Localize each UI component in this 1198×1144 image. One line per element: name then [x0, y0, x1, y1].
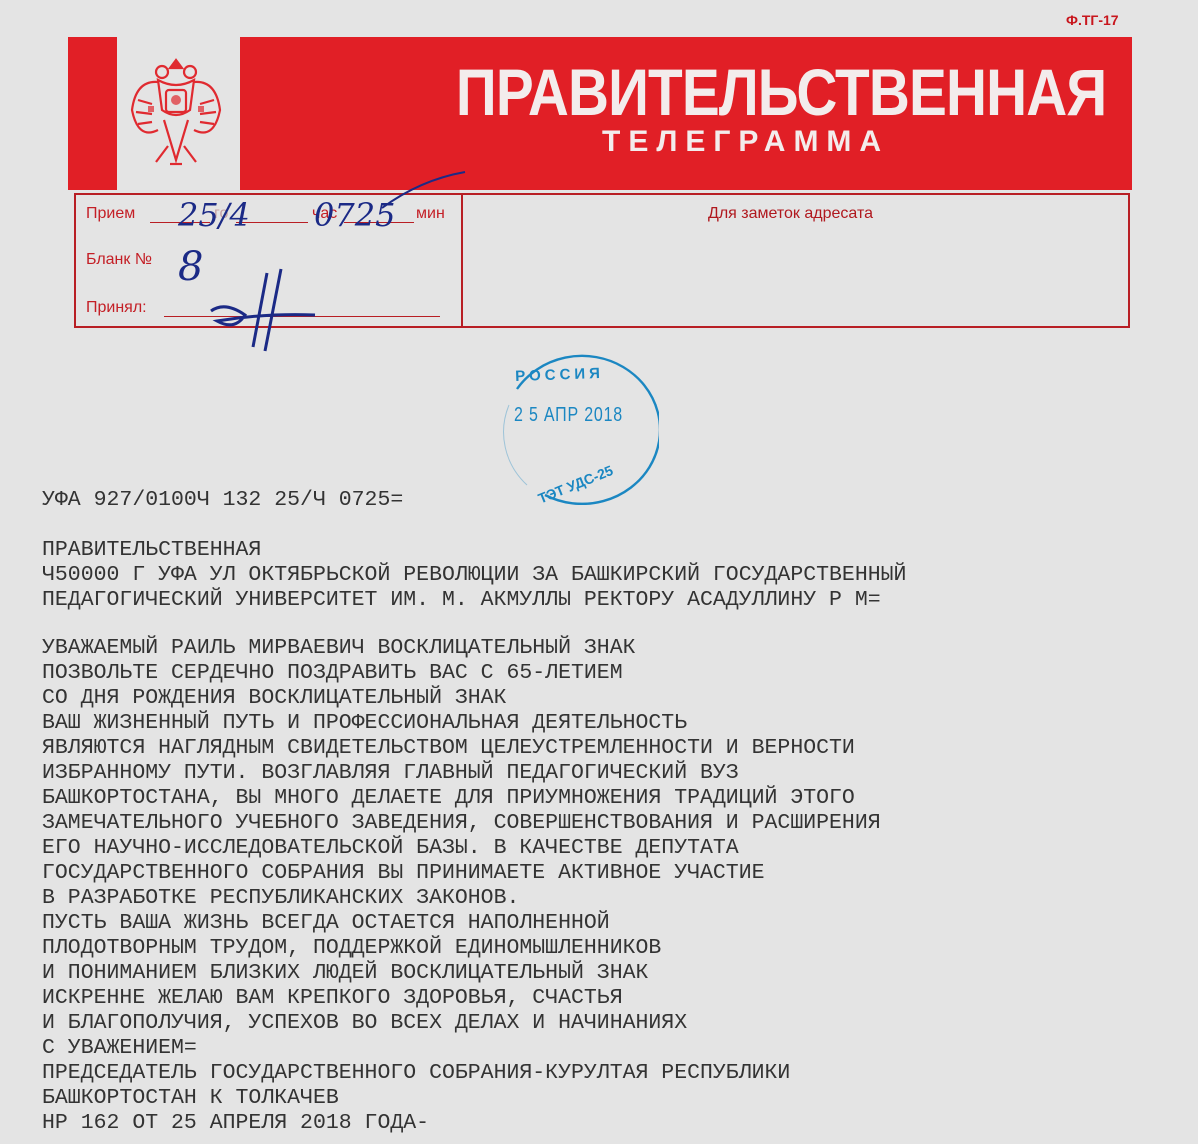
reference-number-line: НР 162 ОТ 25 АПРЕЛЯ 2018 ГОДА- — [42, 1111, 429, 1136]
stamp-top-text: РОССИЯ — [515, 365, 604, 385]
telegram-header-line: УФА 927/0100Ч 132 25/Ч 0725= — [42, 488, 403, 513]
body-line: УВАЖАЕМЫЙ РАИЛЬ МИРВАЕВИЧ ВОСКЛИЦАТЕЛЬНЫ… — [42, 636, 636, 661]
body-line: ПОЗВОЛЬТЕ СЕРДЕЧНО ПОЗДРАВИТЬ ВАС С 65-Л… — [42, 661, 623, 686]
address-line: Ч50000 Г УФА УЛ ОКТЯБРЬСКОЙ РЕВОЛЮЦИИ ЗА… — [42, 563, 906, 588]
stamp-date: 2 5 АПР 2018 — [514, 404, 623, 427]
signatory-line: БАШКОРТОСТАН К ТОЛКАЧЕВ — [42, 1086, 339, 1111]
body-line: ПУСТЬ ВАША ЖИЗНЬ ВСЕГДА ОСТАЕТСЯ НАПОЛНЕ… — [42, 911, 610, 936]
signatory-line: ПРЕДСЕДАТЕЛЬ ГОСУДАРСТВЕННОГО СОБРАНИЯ-К… — [42, 1061, 790, 1086]
body-line: ГОСУДАРСТВЕННОГО СОБРАНИЯ ВЫ ПРИНИМАЕТЕ … — [42, 861, 765, 886]
body-line: ИЗБРАННОМУ ПУТИ. ВОЗГЛАВЛЯЯ ГЛАВНЫЙ ПЕДА… — [42, 761, 739, 786]
body-line: БАШКОРТОСТАНА, ВЫ МНОГО ДЕЛАЕТЕ ДЛЯ ПРИУ… — [42, 786, 855, 811]
body-line: ВАШ ЖИЗНЕННЫЙ ПУТЬ И ПРОФЕССИОНАЛЬНАЯ ДЕ… — [42, 711, 687, 736]
banner-title: ПРАВИТЕЛЬСТВЕННАЯ — [456, 59, 1106, 125]
signature-icon — [205, 265, 325, 357]
address-line: ПРАВИТЕЛЬСТВЕННАЯ — [42, 538, 261, 563]
left-red-bar — [68, 37, 117, 190]
stamp-bottom-text: ТЭТ УДС-25 — [536, 462, 616, 505]
body-line: ИСКРЕННЕ ЖЕЛАЮ ВАМ КРЕПКОГО ЗДОРОВЬЯ, СЧ… — [42, 986, 623, 1011]
handwritten-stroke — [380, 170, 470, 210]
notes-label: Для заметок адресата — [708, 205, 873, 223]
title-banner: ПРАВИТЕЛЬСТВЕННАЯ ТЕЛЕГРАММА — [240, 37, 1132, 190]
form-code: Ф.ТГ-17 — [1066, 12, 1119, 28]
body-line: В РАЗРАБОТКЕ РЕСПУБЛИКАНСКИХ ЗАКОНОВ. — [42, 886, 519, 911]
received-label: Прием — [86, 205, 135, 223]
accepted-label: Принял: — [86, 299, 147, 317]
closing-line: С УВАЖЕНИЕМ= — [42, 1036, 197, 1061]
body-line: ЯВЛЯЮТСЯ НАГЛЯДНЫМ СВИДЕТЕЛЬСТВОМ ЦЕЛЕУС… — [42, 736, 855, 761]
body-line: И ПОНИМАНИЕМ БЛИЗКИХ ЛЮДЕЙ ВОСКЛИЦАТЕЛЬН… — [42, 961, 648, 986]
banner-subtitle: ТЕЛЕГРАММА — [602, 125, 889, 159]
body-line: ЕГО НАУЧНО-ИССЛЕДОВАТЕЛЬСКОЙ БАЗЫ. В КАЧ… — [42, 836, 739, 861]
body-line: И БЛАГОПОЛУЧИЯ, УСПЕХОВ ВО ВСЕХ ДЕЛАХ И … — [42, 1011, 687, 1036]
form-divider — [461, 195, 463, 326]
address-line: ПЕДАГОГИЧЕСКИЙ УНИВЕРСИТЕТ ИМ. М. АКМУЛЛ… — [42, 588, 881, 613]
handwritten-blank-number: 8 — [178, 244, 203, 290]
body-line: СО ДНЯ РОЖДЕНИЯ ВОСКЛИЦАТЕЛЬНЫЙ ЗНАК — [42, 686, 506, 711]
body-line: ПЛОДОТВОРНЫМ ТРУДОМ, ПОДДЕРЖКОЙ ЕДИНОМЫШ… — [42, 936, 661, 961]
handwritten-date: 25/4 — [178, 196, 250, 234]
body-line: ЗАМЕЧАТЕЛЬНОГО УЧЕБНОГО ЗАВЕДЕНИЯ, СОВЕР… — [42, 811, 881, 836]
blank-label: Бланк № — [86, 251, 152, 269]
russian-coat-of-arms-icon — [128, 50, 224, 176]
